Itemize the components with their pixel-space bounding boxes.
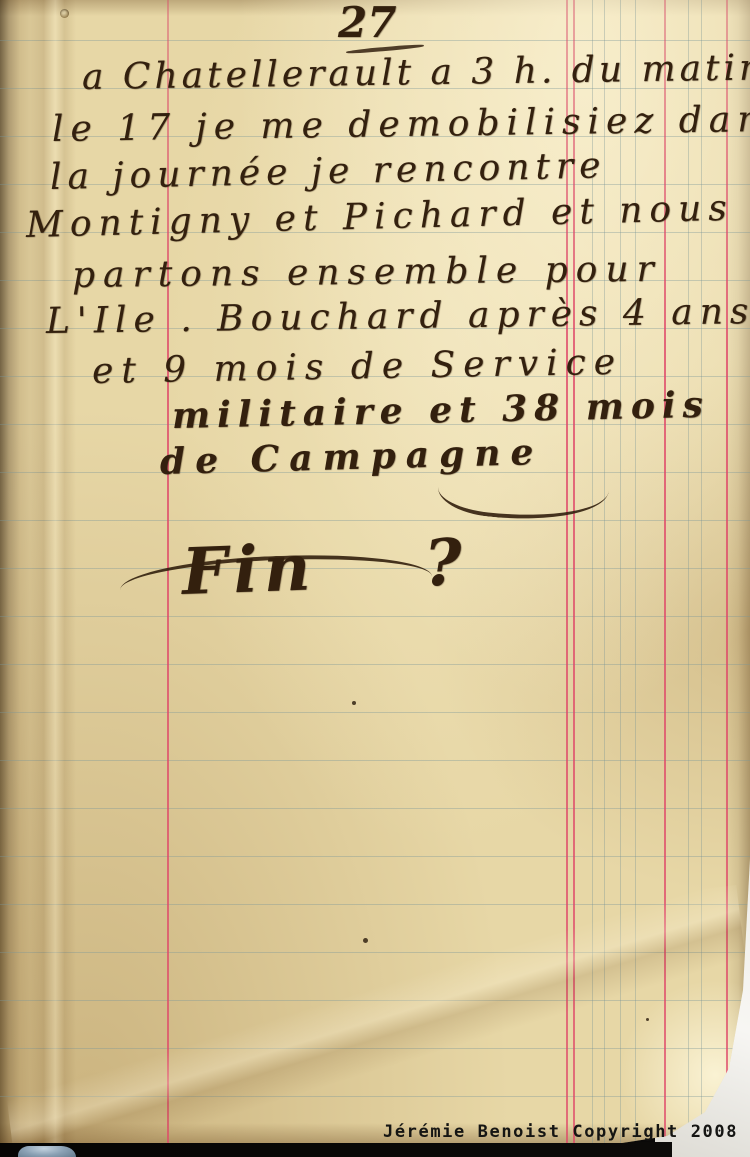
manuscript-line: partons ensemble pour — [72, 250, 662, 296]
binder-clip — [18, 1146, 76, 1157]
notebook-page: 27 a Chatellerault a 3 h. du matin le 17… — [0, 0, 750, 1143]
backdrop-shadow-strip — [0, 1142, 672, 1157]
ink-speck — [646, 1018, 649, 1021]
photo-backdrop: 27 a Chatellerault a 3 h. du matin le 17… — [0, 0, 750, 1157]
pin-hole — [60, 9, 69, 18]
copyright-watermark: Jérémie Benoist Copyright 2008 — [383, 1122, 738, 1142]
ink-speck — [352, 701, 356, 705]
ink-speck — [363, 938, 368, 943]
page-number: 27 — [338, 0, 396, 46]
